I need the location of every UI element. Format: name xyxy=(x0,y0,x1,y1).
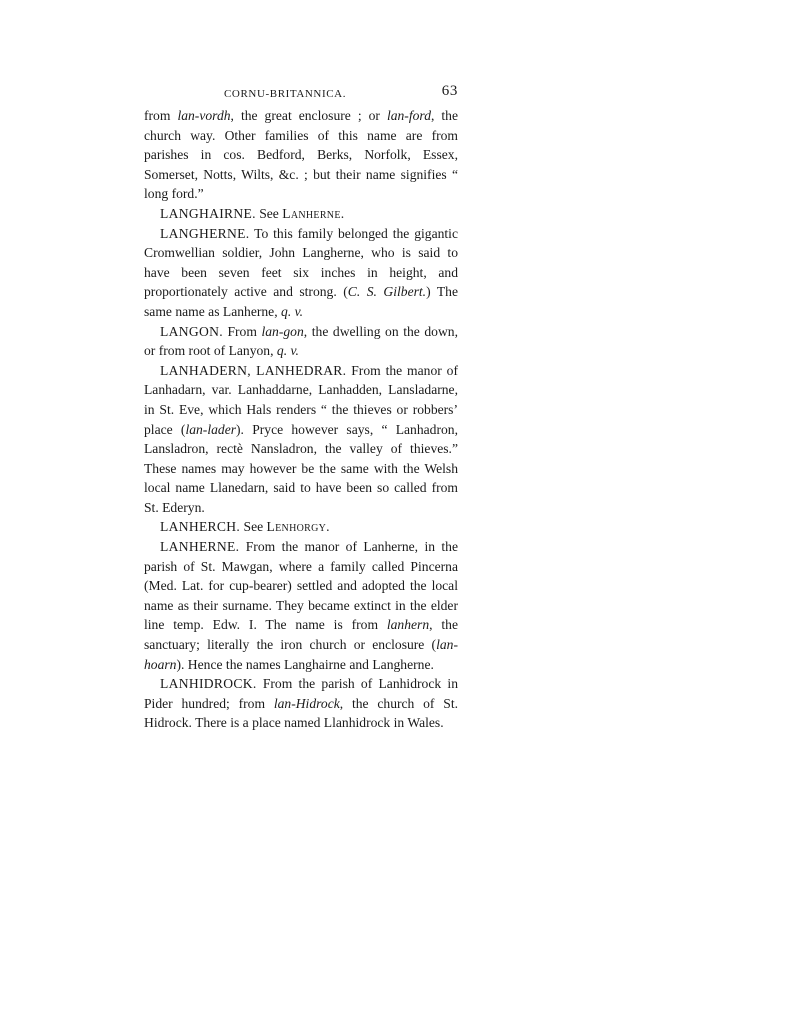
italic-term: lan-lader xyxy=(185,422,236,437)
italic-term: C. S. Gilbert. xyxy=(348,284,426,299)
entry-text: From xyxy=(223,324,262,339)
entry-text: ). Hence the names Langhairne and Langhe… xyxy=(176,657,433,672)
italic-term: q. v. xyxy=(281,304,303,319)
entry-text: See xyxy=(240,519,266,534)
dictionary-entry: LANHIDROCK. From the parish of Lanhidroc… xyxy=(144,674,458,733)
running-title: CORNU-BRITANNICA. xyxy=(224,85,346,105)
entry-text: from xyxy=(144,108,177,123)
dictionary-entry: LANHERCH. See Lenhorgy. xyxy=(144,517,458,537)
entry-text: , the great enclosure ; or xyxy=(231,108,387,123)
entry-headword: LANGHAIRNE. xyxy=(160,206,256,221)
dictionary-entry: LANHADERN, LANHEDRAR. From the manor of … xyxy=(144,361,458,518)
entry-headword: LANHERNE. xyxy=(160,539,239,554)
italic-term: lanhern xyxy=(387,617,429,632)
entry-headword: LANHADERN, LANHEDRAR. xyxy=(160,363,346,378)
italic-term: q. v. xyxy=(277,343,299,358)
italic-term: lan-Hidrock xyxy=(274,696,340,711)
entry-headword: LANGHERNE. xyxy=(160,226,249,241)
entry-text: . xyxy=(341,206,344,221)
page-number: 63 xyxy=(442,82,458,102)
cross-reference: Lanherne xyxy=(282,206,340,221)
entry-text: . xyxy=(326,519,329,534)
entry-headword: LANHIDROCK. xyxy=(160,676,257,691)
cross-reference: Lenhorgy xyxy=(267,519,327,534)
entry-headword: LANGON. xyxy=(160,324,223,339)
book-page: CORNU-BRITANNICA. 63 from lan-vordh, the… xyxy=(144,82,458,733)
italic-term: lan-gon xyxy=(261,324,303,339)
dictionary-entry: LANGON. From lan-gon, the dwelling on th… xyxy=(144,322,458,361)
entry-text: See xyxy=(256,206,282,221)
entry-headword: LANHERCH. xyxy=(160,519,240,534)
dictionary-entry: LANHERNE. From the manor of Lanherne, in… xyxy=(144,537,458,674)
italic-term: lan-vordh xyxy=(177,108,230,123)
entry-continuation: from lan-vordh, the great enclosure ; or… xyxy=(144,106,458,204)
dictionary-entry: LANGHAIRNE. See Lanherne. xyxy=(144,204,458,224)
dictionary-entry: LANGHERNE. To this family belonged the g… xyxy=(144,224,458,322)
italic-term: lan-ford xyxy=(387,108,431,123)
running-head: CORNU-BRITANNICA. 63 xyxy=(144,82,458,104)
body-text: from lan-vordh, the great enclosure ; or… xyxy=(144,106,458,733)
